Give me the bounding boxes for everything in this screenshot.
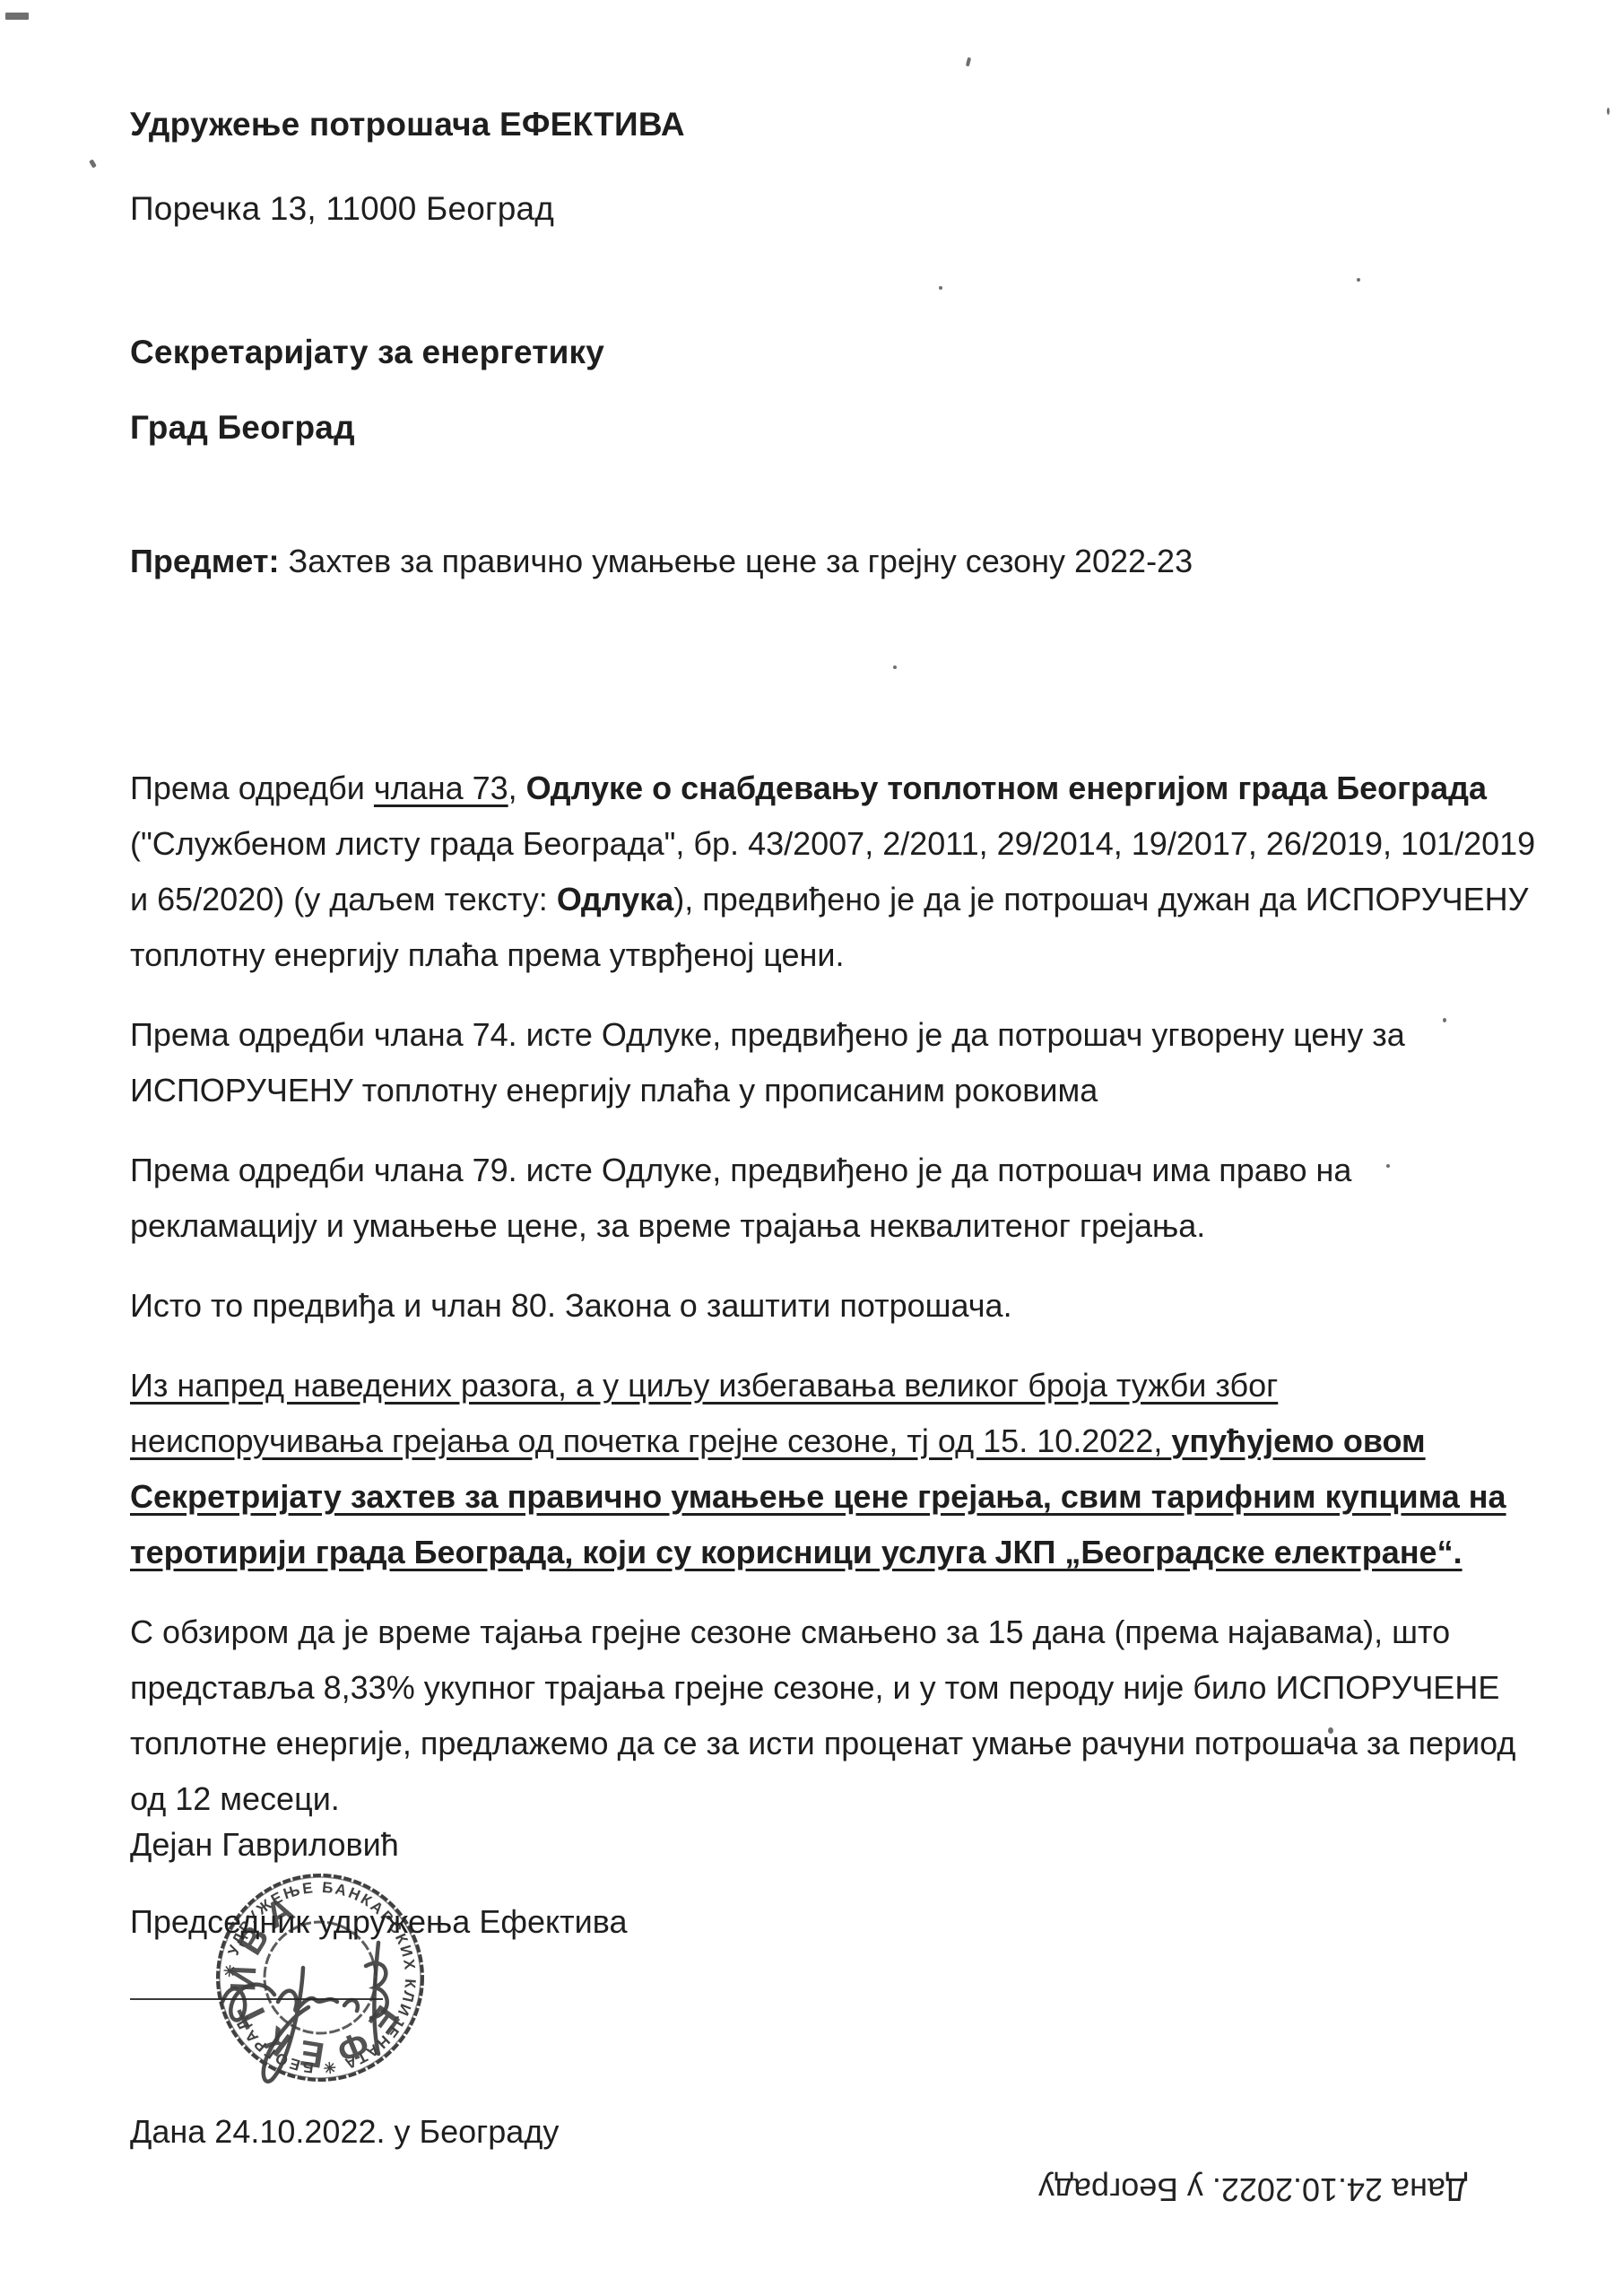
p1-underlined-ref: члана 73 [374,770,508,806]
recipient-line-2: Град Београд [130,409,355,447]
subject-label: Предмет: [130,543,280,579]
p1-bold-odluka-title: Одлуке о снабдевању топлотном енергијом … [526,770,1487,806]
stamp-center-text: ЕФЕКТИВА [203,1874,436,2095]
scan-speck [89,159,97,168]
scanned-letter-page: Удружење потрошача ЕФЕКТИВА Поречка 13, … [0,0,1623,2296]
scan-edge-mark [5,13,29,20]
scan-speck [966,57,971,67]
paragraph-clan-73: Према одредби члана 73, Одлуке о снабдев… [130,761,1540,983]
stamp-seal-icon: ✳ УДРУЖЕЊЕ БАНКАРСКИХ КЛИЈЕНАТА ✳ БЕОГРА… [203,1860,438,2095]
svg-text:ЕФЕКТИВА: ЕФЕКТИВА [203,1874,436,2095]
paragraph-zahtev-underlined: Из напред наведених разога, а у циљу изб… [130,1358,1540,1580]
scan-speck [1443,1018,1446,1022]
letter-body: Према одредби члана 73, Одлуке о снабдев… [130,761,1540,1851]
p5-text: Из напред наведених разога, а у циљу изб… [130,1367,1278,1459]
stamp: ✳ УДРУЖЕЊЕ БАНКАРСКИХ КЛИЈЕНАТА ✳ БЕОГРА… [203,1860,438,2100]
scan-speck [1357,278,1360,282]
subject-text: Захтев за правично умањење цене за грејн… [280,543,1193,579]
scan-speck [893,665,897,669]
mirrored-date-line: Дана 24.10.2022. у Београду [1038,2170,1467,2208]
scan-speck [1328,1727,1333,1734]
recipient-line-1: Секретаријату за енергетику [130,334,604,371]
paragraph-predlog: С обзиром да је време тајања грејне сезо… [130,1605,1540,1827]
scan-speck [1607,108,1610,115]
paragraph-clan-79: Према одредби члана 79. исте Одлуке, пре… [130,1143,1540,1254]
paragraph-clan-80: Исто то предвиђа и члан 80. Закона о заш… [130,1278,1540,1334]
paragraph-clan-74: Према одредби члана 74. исте Одлуке, пре… [130,1007,1540,1118]
org-name: Удружење потрошача ЕФЕКТИВА [130,106,685,143]
scan-speck [1386,1164,1390,1168]
p1-text: Према одредби [130,770,374,806]
scan-speck [939,286,942,290]
signatory-name: Дејан Гавриловић [130,1826,399,1864]
date-line: Дана 24.10.2022. у Београду [130,2113,559,2151]
subject-line: Предмет: Захтев за правично умањење цене… [130,543,1193,580]
p1-text: , [508,770,526,806]
p1-bold-odluka: Одлука [557,881,673,918]
org-address: Поречка 13, 11000 Београд [130,190,554,228]
